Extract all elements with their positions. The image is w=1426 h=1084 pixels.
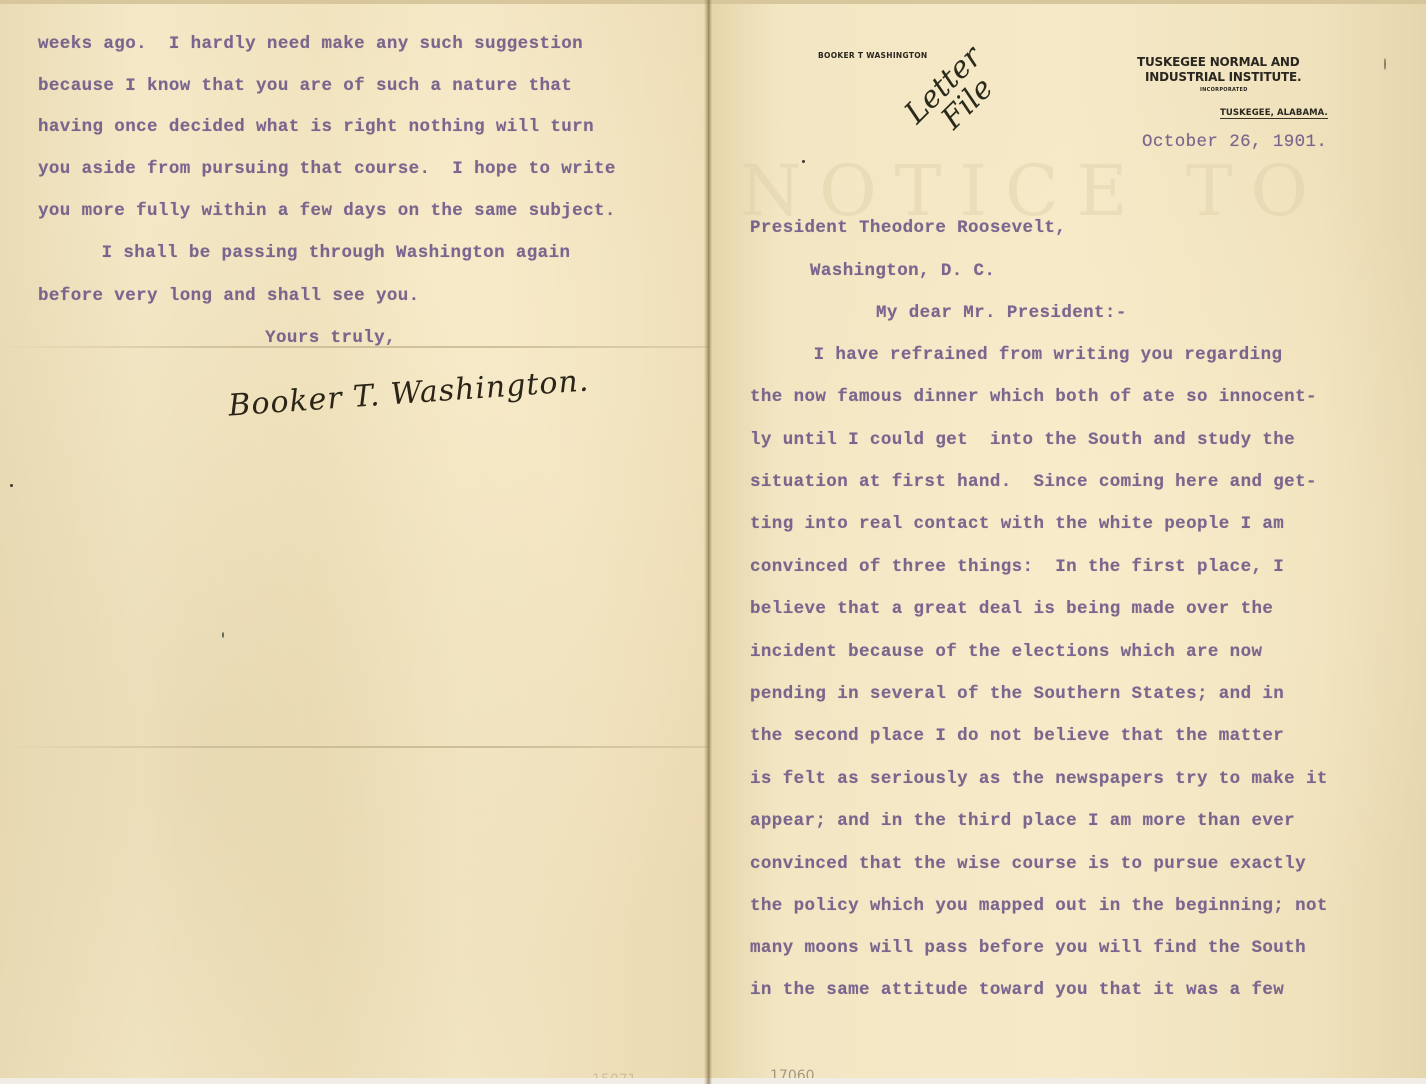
body-line: the policy which you mapped out in the b… [750,896,1328,916]
body-line: the now famous dinner which both of ate … [750,387,1317,407]
body-line: the second place I do not believe that t… [750,726,1284,746]
body-line: incident because of the elections which … [750,642,1262,662]
paper-speck [10,484,13,487]
body-line: appear; and in the third place I am more… [750,811,1295,831]
scan-border [0,1078,1426,1084]
letter-page-2: weeks ago. I hardly need make any such s… [0,0,708,1082]
letterhead-incorporated: INCORPORATED [1200,87,1248,93]
recipient-address: Washington, D. C. [810,261,995,281]
body-line: convinced of three things: In the first … [750,557,1284,577]
body-line: believe that a great deal is being made … [750,599,1273,619]
typed-line: you aside from pursuing that course. I h… [38,159,616,179]
typed-line: before very long and shall see you. [38,286,420,306]
typed-line: because I know that you are of such a na… [38,76,572,96]
letterhead-city: TUSKEGEE, ALABAMA. [1220,108,1328,119]
typed-line: I shall be passing through Washington ag… [58,243,570,263]
body-line: pending in several of the Southern State… [750,684,1284,704]
body-line: convinced that the wise course is to pur… [750,854,1306,874]
paper-crease [0,746,708,748]
page-fold [704,0,712,1084]
paper-speck [222,632,224,638]
signature: Booker T. Washington. [227,363,590,423]
body-line: ly until I could get into the South and … [750,430,1295,450]
body-line: I have refrained from writing you regard… [770,345,1282,365]
typed-line: you more fully within a few days on the … [38,201,616,221]
paper-speck [1384,58,1386,70]
recipient: President Theodore Roosevelt, [750,218,1066,238]
body-line: in the same attitude toward you that it … [750,980,1284,1000]
typed-line: having once decided what is right nothin… [38,117,594,137]
closing: Yours truly, [58,328,396,348]
body-line: situation at first hand. Since coming he… [750,472,1317,492]
letterhead-institute: INDUSTRIAL INSTITUTE. [1145,70,1301,84]
letterhead-institute: TUSKEGEE NORMAL AND [1137,55,1300,69]
body-line: ting into real contact with the white pe… [750,514,1284,534]
salutation: My dear Mr. President:- [876,303,1127,323]
body-line: many moons will pass before you will fin… [750,938,1306,958]
paper-speck [802,160,805,163]
letterhead-name: BOOKER T WASHINGTON [818,51,928,60]
body-line: is felt as seriously as the newspapers t… [750,769,1328,789]
typed-line: weeks ago. I hardly need make any such s… [38,34,583,54]
letter-date: October 26, 1901. [1142,132,1327,152]
